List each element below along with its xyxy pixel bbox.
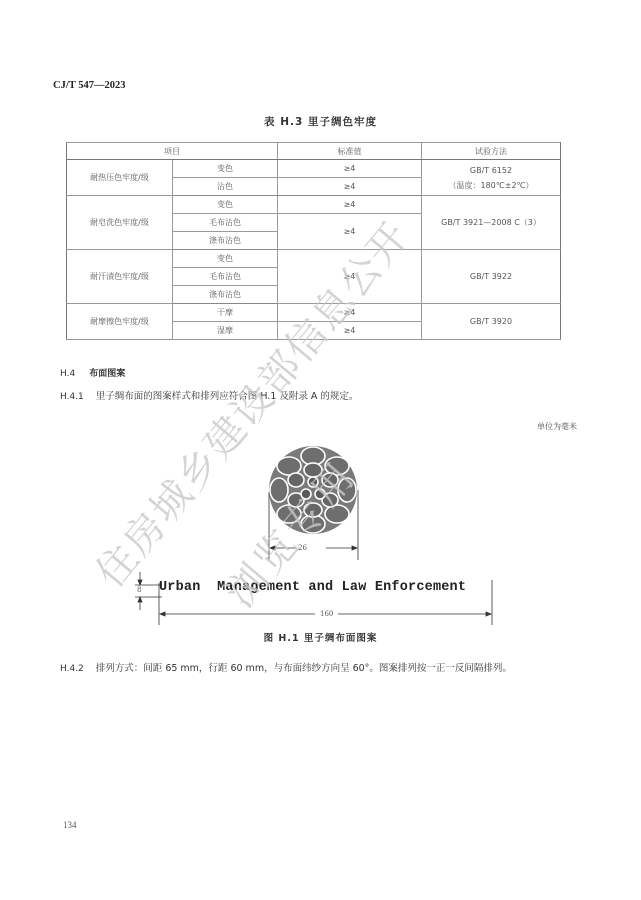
figure-h1 [0, 0, 641, 900]
slogan-text: Urban Management and Law Enforcement [159, 580, 466, 595]
text-height-label: 8 [137, 586, 141, 594]
clause-text: 排列方式：间距 65 mm，行距 60 mm，与布面纬纱方向呈 60°。图案排列… [96, 663, 512, 674]
page-number: 134 [63, 820, 77, 830]
text-width-label: 160 [318, 610, 335, 618]
flower-width-label: 26 [296, 544, 309, 552]
clause-number: H.4.2 [60, 664, 84, 674]
clause-h42: H.4.2排列方式：间距 65 mm，行距 60 mm，与布面纬纱方向呈 60°… [60, 659, 570, 679]
flower-motif [269, 446, 357, 534]
figure-caption: 图 H.1 里子绸布面图案 [0, 630, 641, 644]
